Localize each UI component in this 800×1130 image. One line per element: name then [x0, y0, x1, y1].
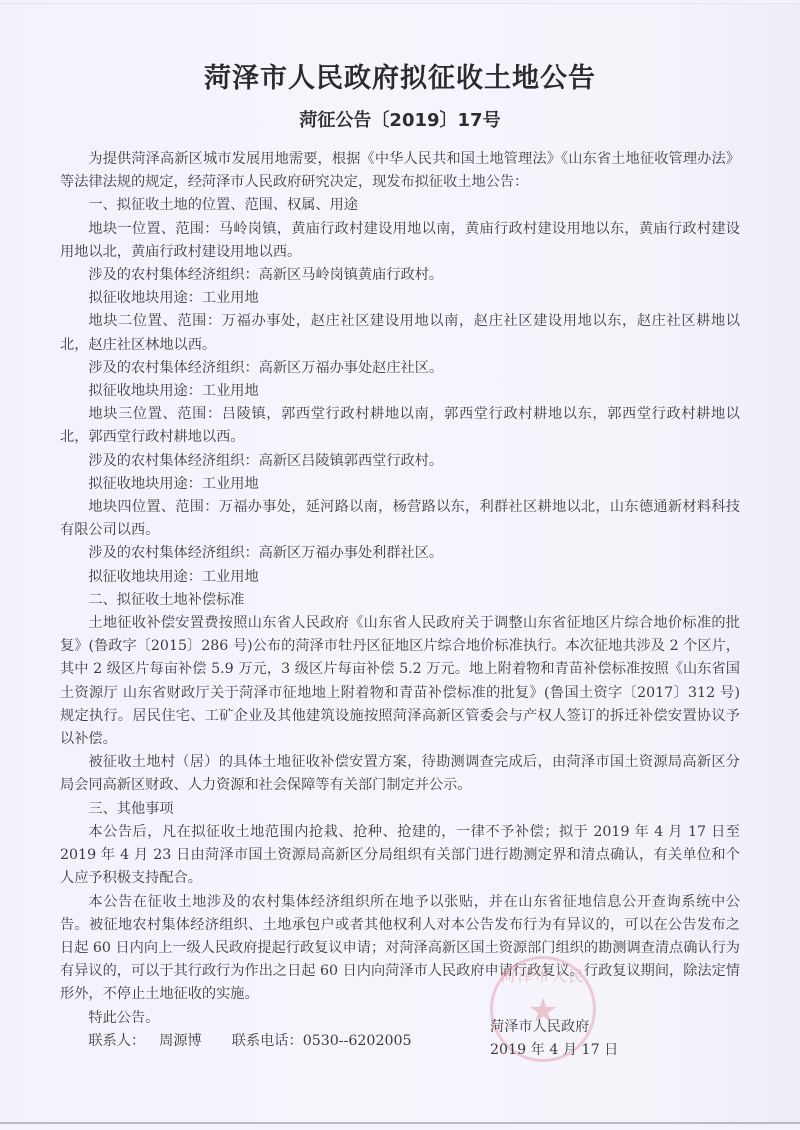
plot-4-usage: 拟征收地块用途：工业用地 [60, 566, 740, 589]
paragraph-intro: 为提供菏泽高新区城市发展用地需要，根据《中华人民共和国土地管理法》《山东省土地征… [60, 148, 740, 194]
section-heading-3: 三、其他事项 [60, 798, 740, 821]
contact-phone-label: 联系电话： [232, 1033, 303, 1049]
contact-phone: 0530--6202005 [303, 1033, 412, 1049]
plot-2-organization: 涉及的农村集体经济组织：高新区万福办事处赵庄社区。 [60, 357, 740, 380]
plot-3-usage: 拟征收地块用途：工业用地 [60, 473, 740, 496]
compensation-plan: 被征收土地村（居）的具体土地征收补偿安置方案，待勘测调查完成后，由菏泽市国土资源… [60, 751, 740, 797]
document-page: 菏泽市人民政府拟征收土地公告 菏征公告〔2019〕17号 为提供菏泽高新区城市发… [0, 3, 800, 1124]
plot-2-usage: 拟征收地块用途：工业用地 [60, 380, 740, 403]
plot-4-location: 地块四位置、范围：万福办事处，延河路以南，杨营路以东，利群社区耕地以北，山东德通… [60, 496, 740, 542]
contact-line: 联系人：周源博联系电话：0530--6202005 [60, 1030, 740, 1053]
signature-block: 菏泽市人民政府 2019 年 4 月 17 日 [490, 1016, 618, 1062]
plot-2-location: 地块二位置、范围：万福办事处，赵庄社区建设用地以南，赵庄社区建设用地以东，赵庄社… [60, 310, 740, 356]
plot-1-location: 地块一位置、范围：马岭岗镇，黄庙行政村建设用地以南，黄庙行政村建设用地以东，黄庙… [60, 218, 740, 264]
appeal-notice: 本公告在征收土地涉及的农村集体经济组织所在地予以张贴，并在山东省征地信息公开查询… [60, 891, 740, 1007]
issuer-name: 菏泽市人民政府 [490, 1016, 618, 1039]
section-heading-2: 二、拟征收土地补偿标准 [60, 589, 740, 612]
contact-person-label: 联系人： [88, 1033, 145, 1049]
issue-date: 2019 年 4 月 17 日 [490, 1039, 618, 1062]
seal-text: 菏泽市人民 [493, 965, 593, 986]
plot-1-organization: 涉及的农村集体经济组织：高新区马岭岗镇黄庙行政村。 [60, 264, 740, 287]
plot-4-organization: 涉及的农村集体经济组织：高新区万福办事处利群社区。 [60, 542, 740, 565]
compensation-standard: 土地征收补偿安置费按照山东省人民政府《山东省人民政府关于调整山东省征地区片综合地… [60, 612, 740, 751]
closing-line: 特此公告。 [60, 1007, 740, 1030]
document-number: 菏征公告〔2019〕17号 [0, 106, 800, 132]
document-title: 菏泽市人民政府拟征收土地公告 [0, 56, 800, 95]
plot-3-location: 地块三位置、范围：吕陵镇，郭西堂行政村耕地以南，郭西堂行政村耕地以东，郭西堂行政… [60, 403, 740, 449]
contact-person: 周源博 [159, 1033, 202, 1049]
document-body: 为提供菏泽高新区城市发展用地需要，根据《中华人民共和国土地管理法》《山东省土地征… [60, 148, 740, 1053]
plot-3-organization: 涉及的农村集体经济组织：高新区吕陵镇郭西堂行政村。 [60, 450, 740, 473]
survey-notice: 本公告后，凡在拟征收土地范围内抢栽、抢种、抢建的，一律不予补偿；拟于 2019 … [60, 821, 740, 891]
plot-1-usage: 拟征收地块用途：工业用地 [60, 287, 740, 310]
section-heading-1: 一、拟征收土地的位置、范围、权属、用途 [60, 194, 740, 217]
